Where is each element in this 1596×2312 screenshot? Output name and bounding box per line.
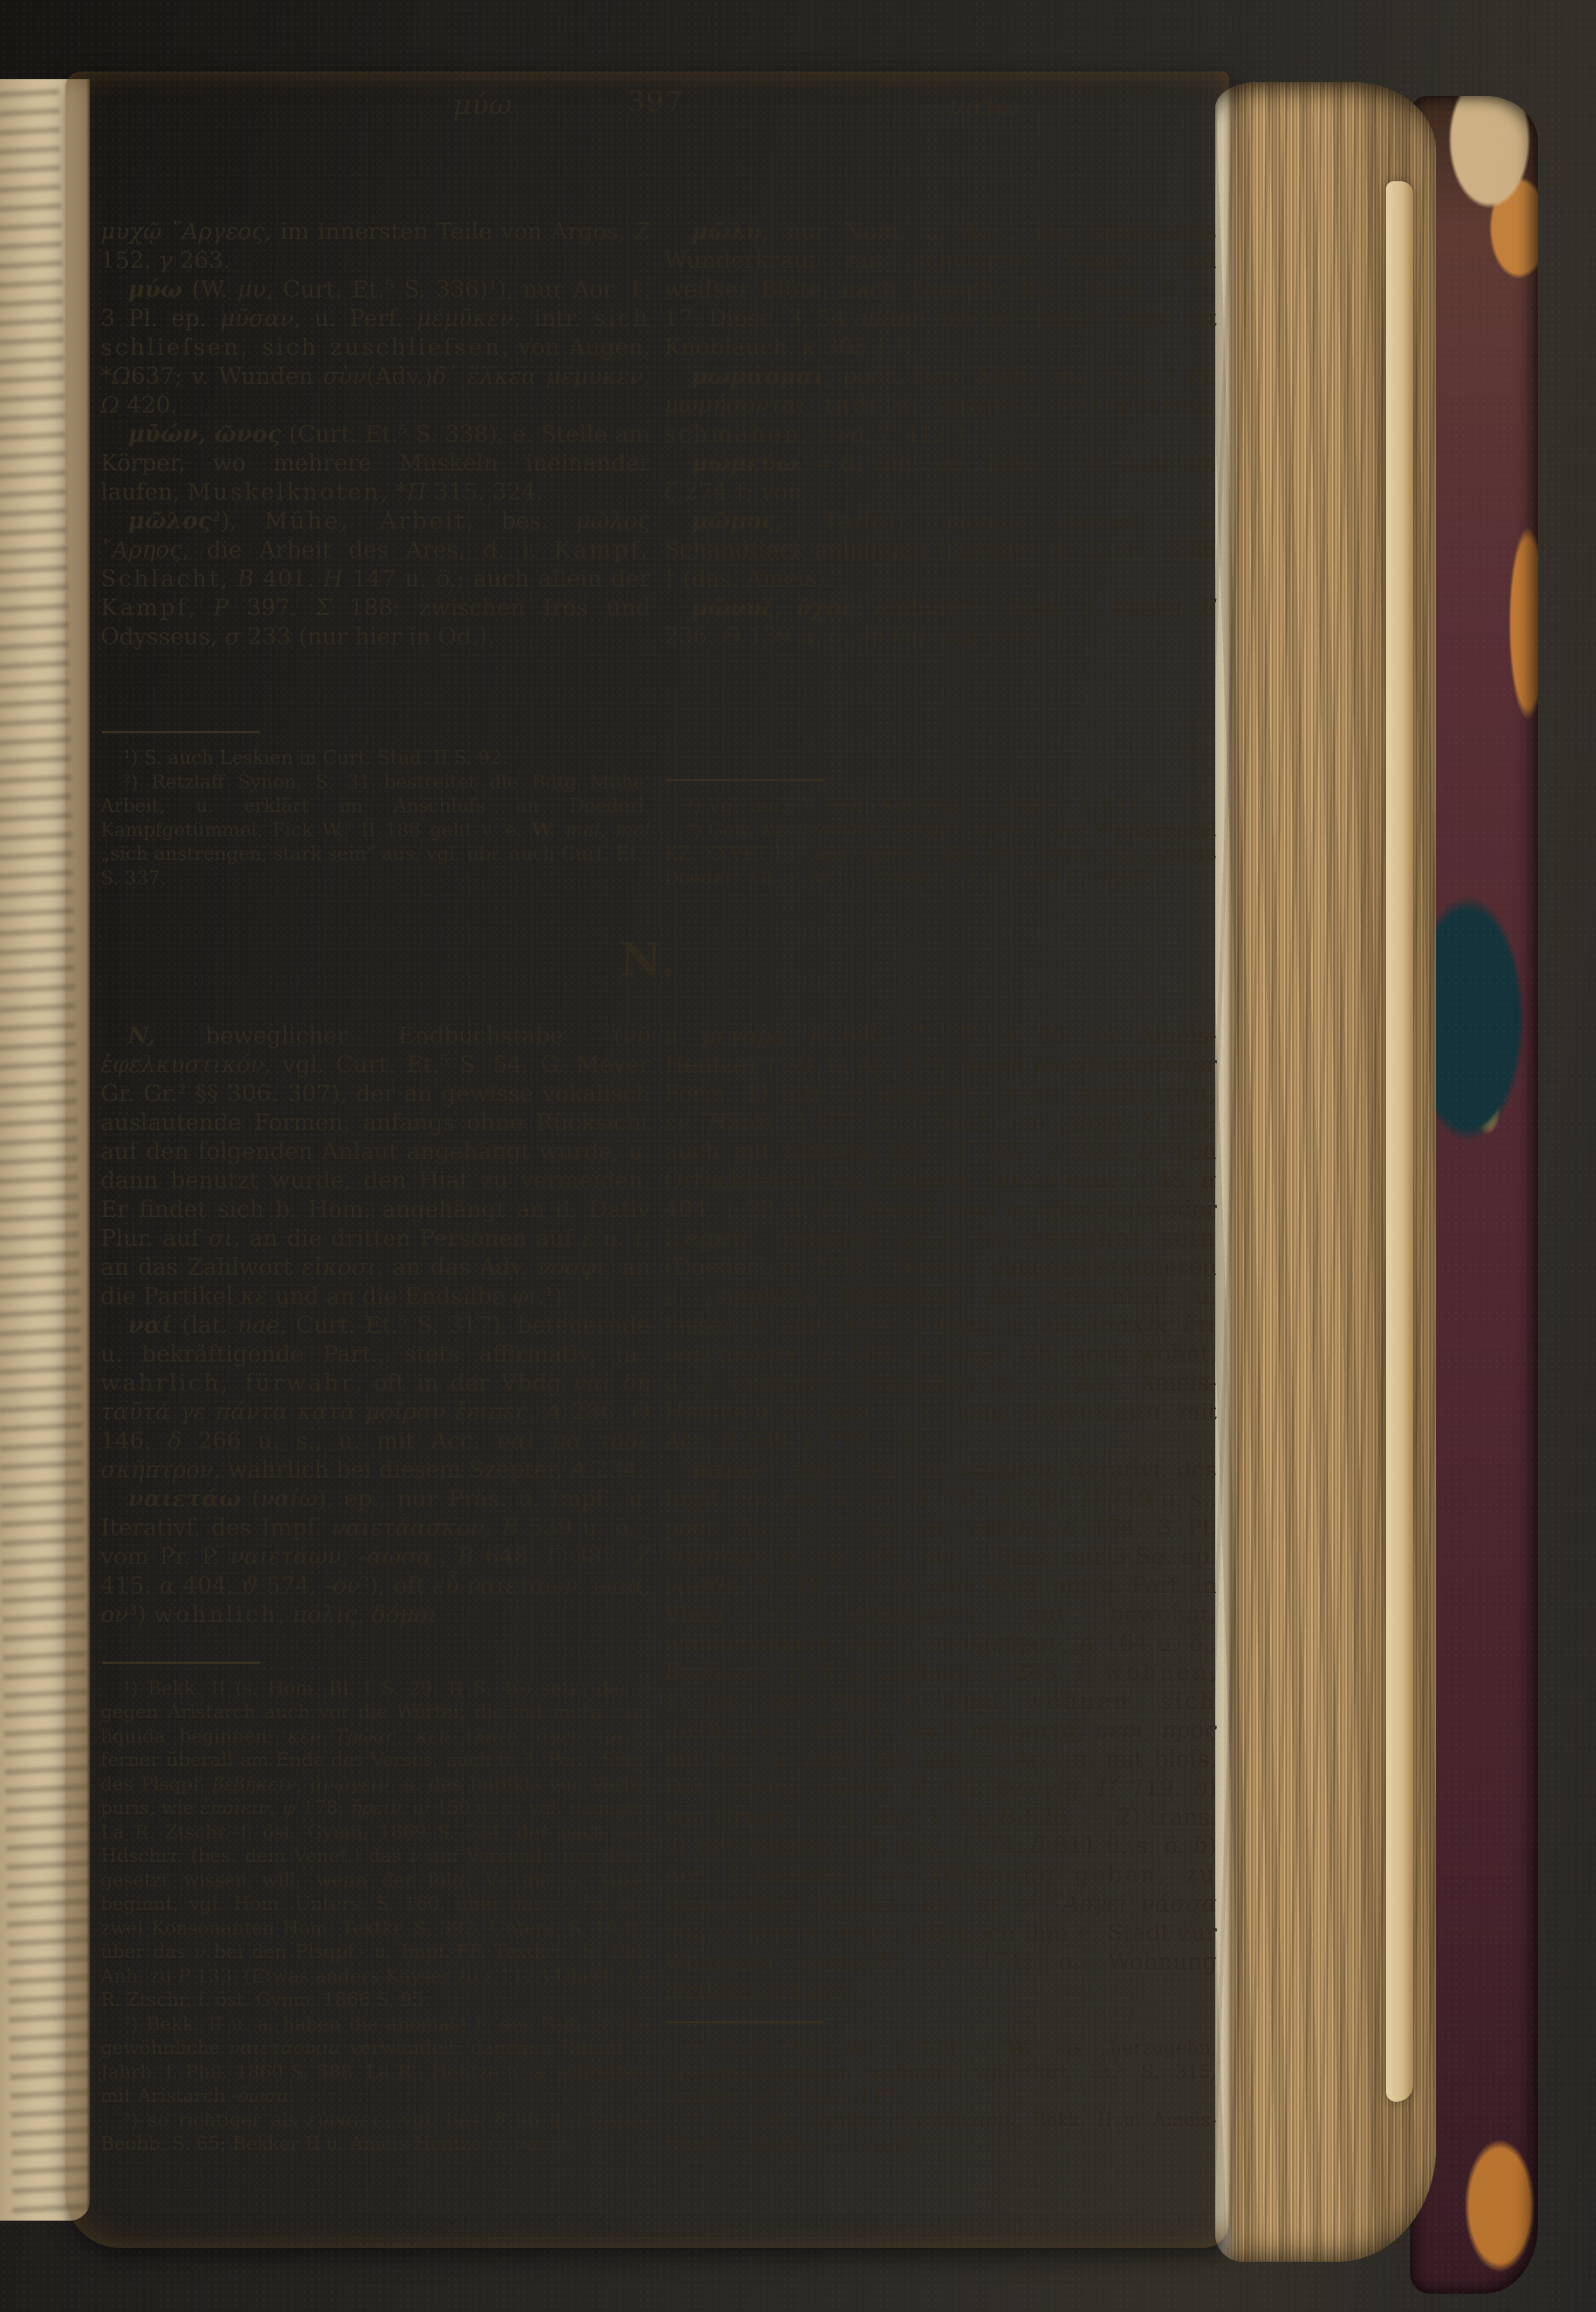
paragraph: ³) so richtiger als εὐναιετ., vgl. bes. … xyxy=(101,2108,650,2156)
book-fore-edge-pages xyxy=(1215,82,1436,2262)
column-right-n: u. μέγαρα, Β 648. Ζ 370. β 400 (s. Ameis… xyxy=(664,1022,1217,2156)
entries-mu-left: μυχῷ ῎Αργεος, im innersten Teile von Arg… xyxy=(101,218,650,652)
paragraph: ¹) Nach Fick W.³ I 129 v. W. nas „herzug… xyxy=(664,2036,1217,2108)
paragraph: ²) So jetzt richtiger als εὐναιόμ., Bekk… xyxy=(664,2108,1217,2156)
paragraph: μῡών, ῶνος (Curt. Et.⁵ S. 338), e. Stell… xyxy=(101,420,650,507)
protruding-page-edge xyxy=(1386,181,1413,2102)
paragraph: ²) Gew. aus ⁰μονῶνυξ erklärt, besser nac… xyxy=(664,818,1217,890)
section-heading-n: N. xyxy=(81,934,1217,987)
section-mu: μυχῷ ῎Αργεος, im innersten Teile von Arg… xyxy=(101,218,1217,889)
paragraph: ²) Bekk. II u. a. haben die anomale F. d… xyxy=(101,2012,650,2108)
column-left-mu: μυχῷ ῎Αργεος, im innersten Teile von Arg… xyxy=(101,218,650,889)
footnotes-mu-left: ¹) S. auch Leskien in Curt. Stud. II S. … xyxy=(101,716,650,889)
entries-mu-right: μῶλυ, nur Nom. u. Acc., ein fabelhaftes … xyxy=(664,218,1217,652)
footnotes-n-right: ¹) Nach Fick W.³ I 129 v. W. nas „herzug… xyxy=(664,2006,1217,2156)
paragraph: μῶλος²), Mühe, Arbeit, bes. μῶλος ῎Αρηος… xyxy=(101,507,650,652)
section-n: N, beweglicher Endbuchstabe (νῦ ἐφελκυστ… xyxy=(101,1022,1217,2156)
footnote-rule xyxy=(666,2021,824,2023)
footnote-rule xyxy=(102,1662,260,1664)
book-page: μύω 397 ναίω μυχῷ ῎Αργεος, im innersten … xyxy=(65,72,1229,2248)
paragraph: ναίω¹), poet., ep. Inf. ναιέμεν, Iterati… xyxy=(664,1456,1217,2006)
paragraph: ²) Retzlaff Synon. S. 31 bestreitet die … xyxy=(101,770,650,890)
footnote-text: ¹) S. auch Leskien in Curt. Stud. II S. … xyxy=(101,746,650,889)
paragraph: ¹) Bekk. II (s. Hom. Bl. I S. 29. II S. … xyxy=(101,1676,650,2012)
paragraph: μωμεύω, = d. vhg., ep., Konj. 3 Sg. μωμε… xyxy=(664,449,1217,507)
paragraph: ναιετάω (ναίω), ep., nur Präs. u. Impf.,… xyxy=(101,1485,650,1630)
paragraph: μῶλυ, nur Nom. u. Acc., ein fabelhaftes … xyxy=(664,218,1217,362)
footnote-text: ¹) Vgl. auch V. Hehn Kulturpfl. u. Haust… xyxy=(664,794,1217,889)
paragraph: μυχῷ ῎Αργεος, im innersten Teile von Arg… xyxy=(101,218,650,276)
footnote-rule xyxy=(102,731,260,733)
paragraph: μωμάομαι, poet. Dep. Med., nur Fut. 3 Pl… xyxy=(664,362,1217,449)
footnote-rule xyxy=(666,779,824,781)
paragraph: u. μέγαρα, Β 648. Ζ 370. β 400 (s. Ameis… xyxy=(664,1022,1217,1456)
footnote-text: ¹) Bekk. II (s. Hom. Bl. I S. 29. II S. … xyxy=(101,1676,650,2156)
entries-n-left: N, beweglicher Endbuchstabe (νῦ ἐφελκυστ… xyxy=(101,1022,650,1630)
footnotes-mu-right: ¹) Vgl. auch V. Hehn Kulturpfl. u. Haust… xyxy=(664,764,1217,889)
entries-n-right: u. μέγαρα, Β 648. Ζ 370. β 400 (s. Ameis… xyxy=(664,1022,1217,2006)
paragraph: ναί (lat. nae, Curt. Et.⁵ S. 317), beteu… xyxy=(101,1311,650,1485)
column-left-n: N, beweglicher Endbuchstabe (νῦ ἐφελκυστ… xyxy=(101,1022,650,2156)
paragraph: ¹) S. auch Leskien in Curt. Stud. II S. … xyxy=(101,746,650,770)
paragraph: μῶμος, Tadel; μῶμον ἀνάψαι, e. Schandfle… xyxy=(664,507,1217,594)
paragraph: μύω (W. μυ, Curt. Et.⁵ S. 336)¹), nur Ao… xyxy=(101,276,650,420)
paragraph: ¹) Vgl. auch V. Hehn Kulturpfl. u. Haust… xyxy=(664,794,1217,818)
footnotes-n-left: ¹) Bekk. II (s. Hom. Bl. I S. 29. II S. … xyxy=(101,1646,650,2156)
paragraph: N, beweglicher Endbuchstabe (νῦ ἐφελκυστ… xyxy=(101,1022,650,1311)
page-content: μυχῷ ῎Αργεος, im innersten Teile von Arg… xyxy=(65,72,1229,2156)
column-right-mu: μῶλυ, nur Nom. u. Acc., ein fabelhaftes … xyxy=(664,218,1217,889)
footnote-text: ¹) Nach Fick W.³ I 129 v. W. nas „herzug… xyxy=(664,2036,1217,2156)
paragraph: μῶνυξ, ῠχος, einhufig²), Beiw. d. Rosse,… xyxy=(664,594,1217,652)
photo-backdrop: μύω 397 ναίω μυχῷ ῎Αργεος, im innersten … xyxy=(0,0,1596,2312)
